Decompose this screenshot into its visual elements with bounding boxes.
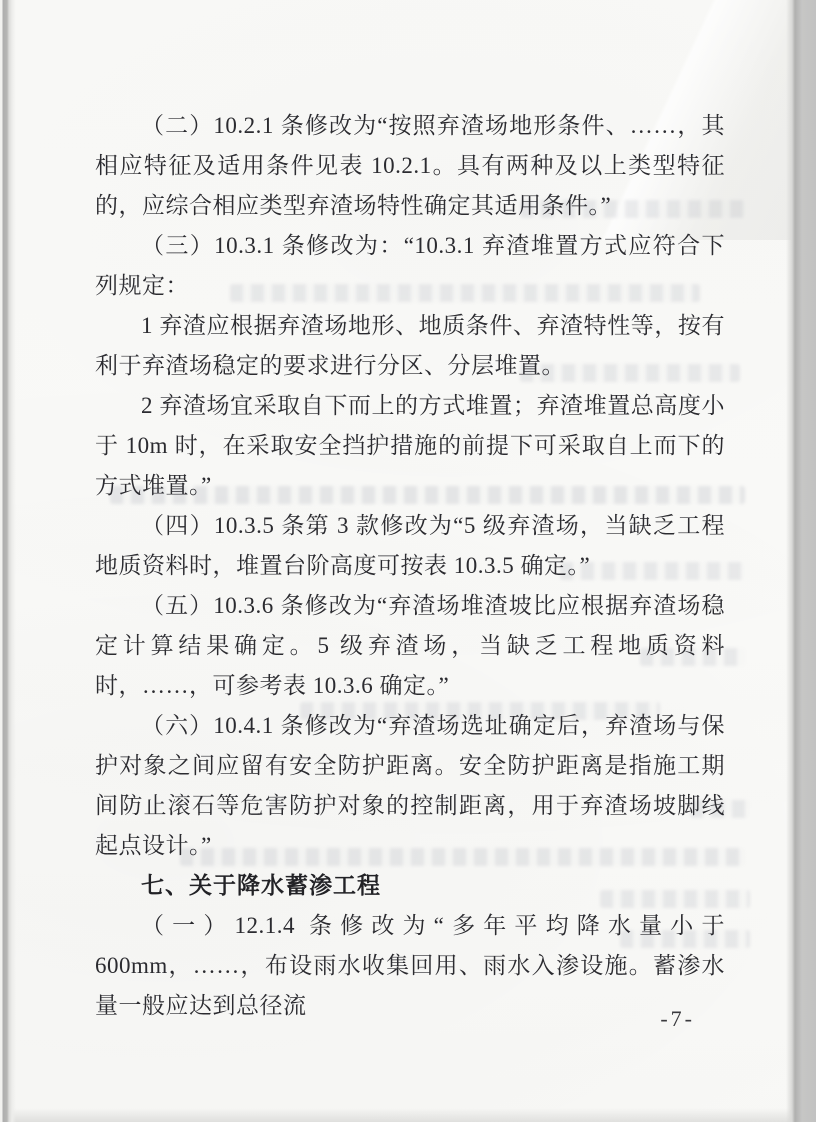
paragraph: （三）10.3.1 条修改为：“10.3.1 弃渣堆置方式应符合下列规定： xyxy=(95,226,725,306)
paragraph: 1 弃渣应根据弃渣场地形、地质条件、弃渣特性等，按有利于弃渣场稳定的要求进行分区… xyxy=(95,306,725,386)
scan-edge-left xyxy=(0,0,16,1122)
document-body: （二）10.2.1 条修改为“按照弃渣场地形条件、……，其相应特征及适用条件见表… xyxy=(95,106,725,1026)
paragraph: （五）10.3.6 条修改为“弃渣场堆渣坡比应根据弃渣场稳定计算结果确定。5 级… xyxy=(95,586,725,706)
paragraph: 2 弃渣场宜采取自下而上的方式堆置；弃渣堆置总高度小于 10m 时，在采取安全挡… xyxy=(95,386,725,506)
scan-edge-bottom xyxy=(0,1108,816,1122)
scan-edge-right xyxy=(786,0,816,1122)
section-heading: 七、关于降水蓄渗工程 xyxy=(95,866,725,906)
paragraph: （六）10.4.1 条修改为“弃渣场选址确定后，弃渣场与保护对象之间应留有安全防… xyxy=(95,706,725,866)
scanned-page: （二）10.2.1 条修改为“按照弃渣场地形条件、……，其相应特征及适用条件见表… xyxy=(0,0,816,1122)
page-number: -7- xyxy=(95,1006,695,1032)
paragraph: （四）10.3.5 条第 3 款修改为“5 级弃渣场，当缺乏工程地质资料时，堆置… xyxy=(95,506,725,586)
paragraph: （二）10.2.1 条修改为“按照弃渣场地形条件、……，其相应特征及适用条件见表… xyxy=(95,106,725,226)
